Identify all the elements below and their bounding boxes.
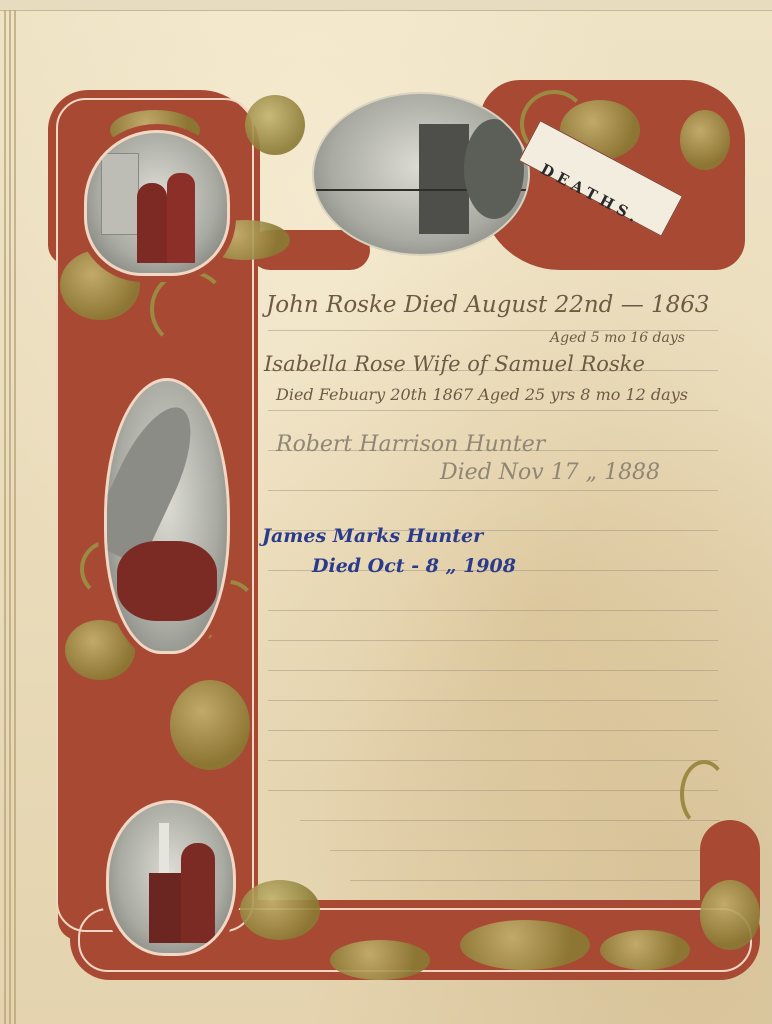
- illustration-cemetery-monument: [312, 92, 530, 256]
- entry-line: Died Febuary 20th 1867 Aged 25 yrs 8 mo …: [276, 385, 688, 404]
- entry-line: Aged 5 mo 16 days: [550, 330, 685, 346]
- page-edge-line: [4, 10, 6, 1024]
- page-edge-line: [9, 10, 11, 1024]
- entry-line: Robert Harrison Hunter: [276, 432, 545, 457]
- page-edge-line: [14, 10, 16, 1024]
- page-top-edge: [0, 0, 772, 11]
- illustration-couple-before-church: [84, 130, 230, 276]
- entry-line: Died Oct - 8 „ 1908: [312, 555, 516, 577]
- illustration-mourner-at-tomb: [106, 800, 236, 956]
- register-page: DEATHS. John Roske Died August 22nd — 18…: [0, 0, 772, 1024]
- entry-line: John Roske Died August 22nd — 1863: [266, 292, 710, 318]
- entry-line: Isabella Rose Wife of Samuel Roske: [264, 352, 645, 376]
- entry-line: Died Nov 17 „ 1888: [440, 460, 660, 485]
- entry-line: James Marks Hunter: [262, 525, 483, 547]
- illustration-angel-over-child: [104, 378, 230, 654]
